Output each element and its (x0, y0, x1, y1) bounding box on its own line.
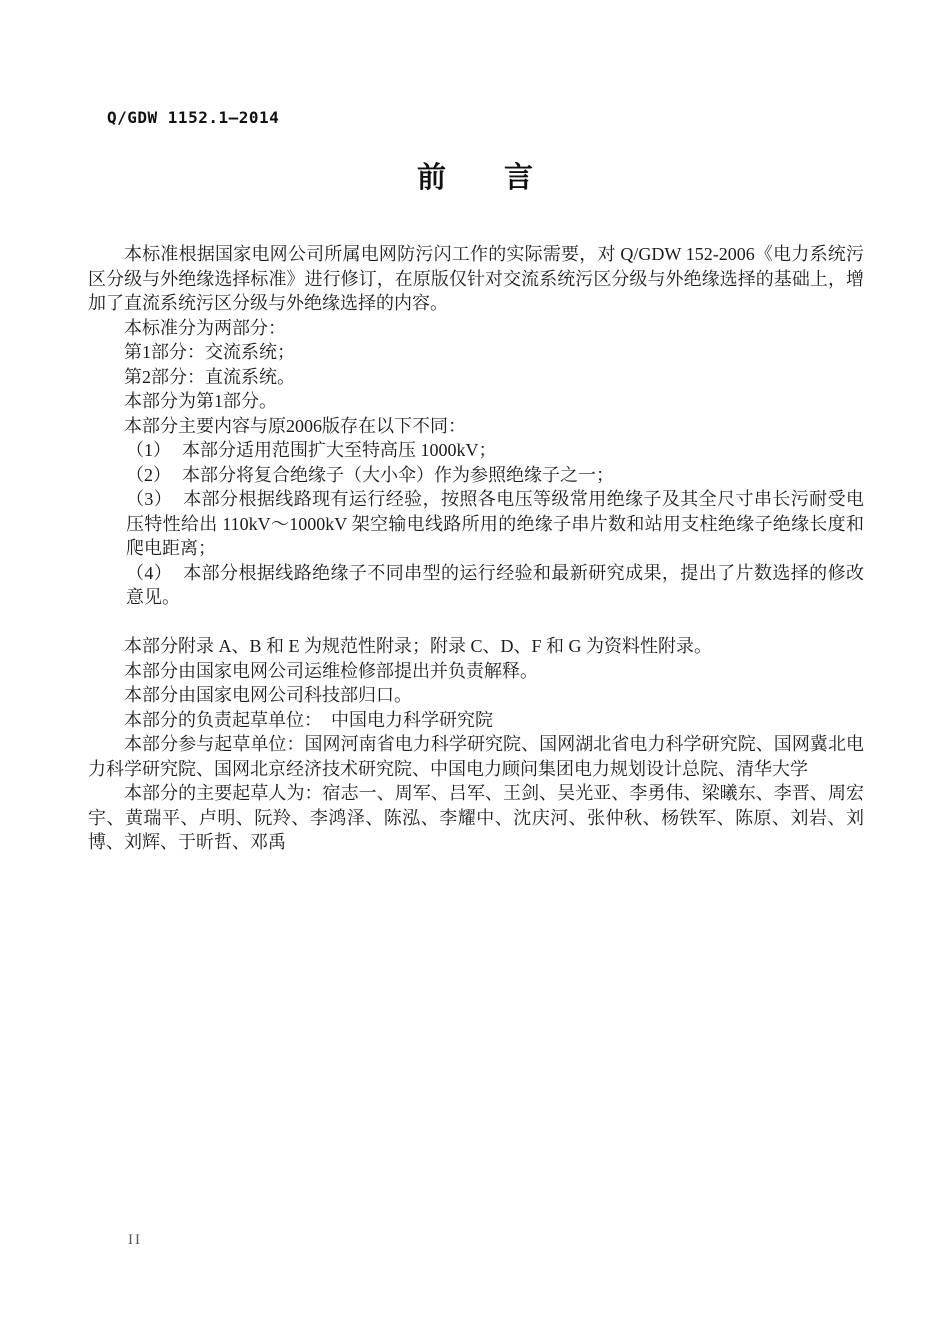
list-item-number: （3） (126, 489, 172, 509)
list-item-number: （4） (126, 563, 172, 583)
list-item: （1）本部分适用范围扩大至特高压 1000kV； (126, 438, 864, 463)
paragraph-intro: 本标准根据国家电网公司所属电网防污闪工作的实际需要，对 Q/GDW 152-20… (88, 242, 864, 316)
list-item: （4）本部分根据线路绝缘子不同串型的运行经验和最新研究成果，提出了片数选择的修改… (126, 561, 864, 610)
paragraph-parts-intro: 本标准分为两部分： (88, 316, 864, 341)
list-item-text: 本部分适用范围扩大至特高压 1000kV； (182, 440, 497, 460)
list-item-text: 本部分根据线路现有运行经验，按照各电压等级常用绝缘子及其全尺寸串长污耐受电压特性… (126, 489, 864, 558)
paragraph-appendices: 本部分附录 A、B 和 E 为规范性附录；附录 C、D、F 和 G 为资料性附录… (88, 634, 864, 659)
paragraph-proposed-by: 本部分由国家电网公司运维检修部提出并负责解释。 (88, 659, 864, 684)
paragraph-part1: 第1部分：交流系统； (88, 340, 864, 365)
page-number: II (128, 1232, 142, 1249)
paragraph-this-part: 本部分为第1部分。 (88, 389, 864, 414)
list-item-text: 本部分将复合绝缘子（大小伞）作为参照绝缘子之一； (182, 465, 614, 485)
foreword-content: 本标准根据国家电网公司所属电网防污闪工作的实际需要，对 Q/GDW 152-20… (88, 242, 864, 855)
paragraph-part2: 第2部分：直流系统。 (88, 365, 864, 390)
list-item-number: （1） (126, 440, 171, 460)
paragraph-lead-drafter-org: 本部分的负责起草单位： 中国电力科学研究院 (88, 708, 864, 733)
list-item: （2）本部分将复合绝缘子（大小伞）作为参照绝缘子之一； (126, 463, 864, 488)
paragraph-differences-intro: 本部分主要内容与原2006版存在以下不同： (88, 414, 864, 439)
paragraph-participating-orgs: 本部分参与起草单位：国网河南省电力科学研究院、国网湖北省电力科学研究院、国网冀北… (88, 732, 864, 781)
list-item: （3）本部分根据线路现有运行经验，按照各电压等级常用绝缘子及其全尺寸串长污耐受电… (126, 487, 864, 561)
paragraph-managed-by: 本部分由国家电网公司科技部归口。 (88, 683, 864, 708)
document-page: Q/GDW 1152.1—2014 前 言 本标准根据国家电网公司所属电网防污闪… (0, 0, 950, 1344)
paragraph-drafters: 本部分的主要起草人为：宿志一、周军、吕军、王剑、吴光亚、李勇伟、梁曦东、李晋、周… (88, 781, 864, 855)
list-item-text: 本部分根据线路绝缘子不同串型的运行经验和最新研究成果，提出了片数选择的修改意见。 (126, 563, 864, 608)
page-title: 前 言 (0, 155, 950, 196)
doc-number: Q/GDW 1152.1—2014 (107, 108, 279, 127)
list-item-number: （2） (126, 465, 171, 485)
